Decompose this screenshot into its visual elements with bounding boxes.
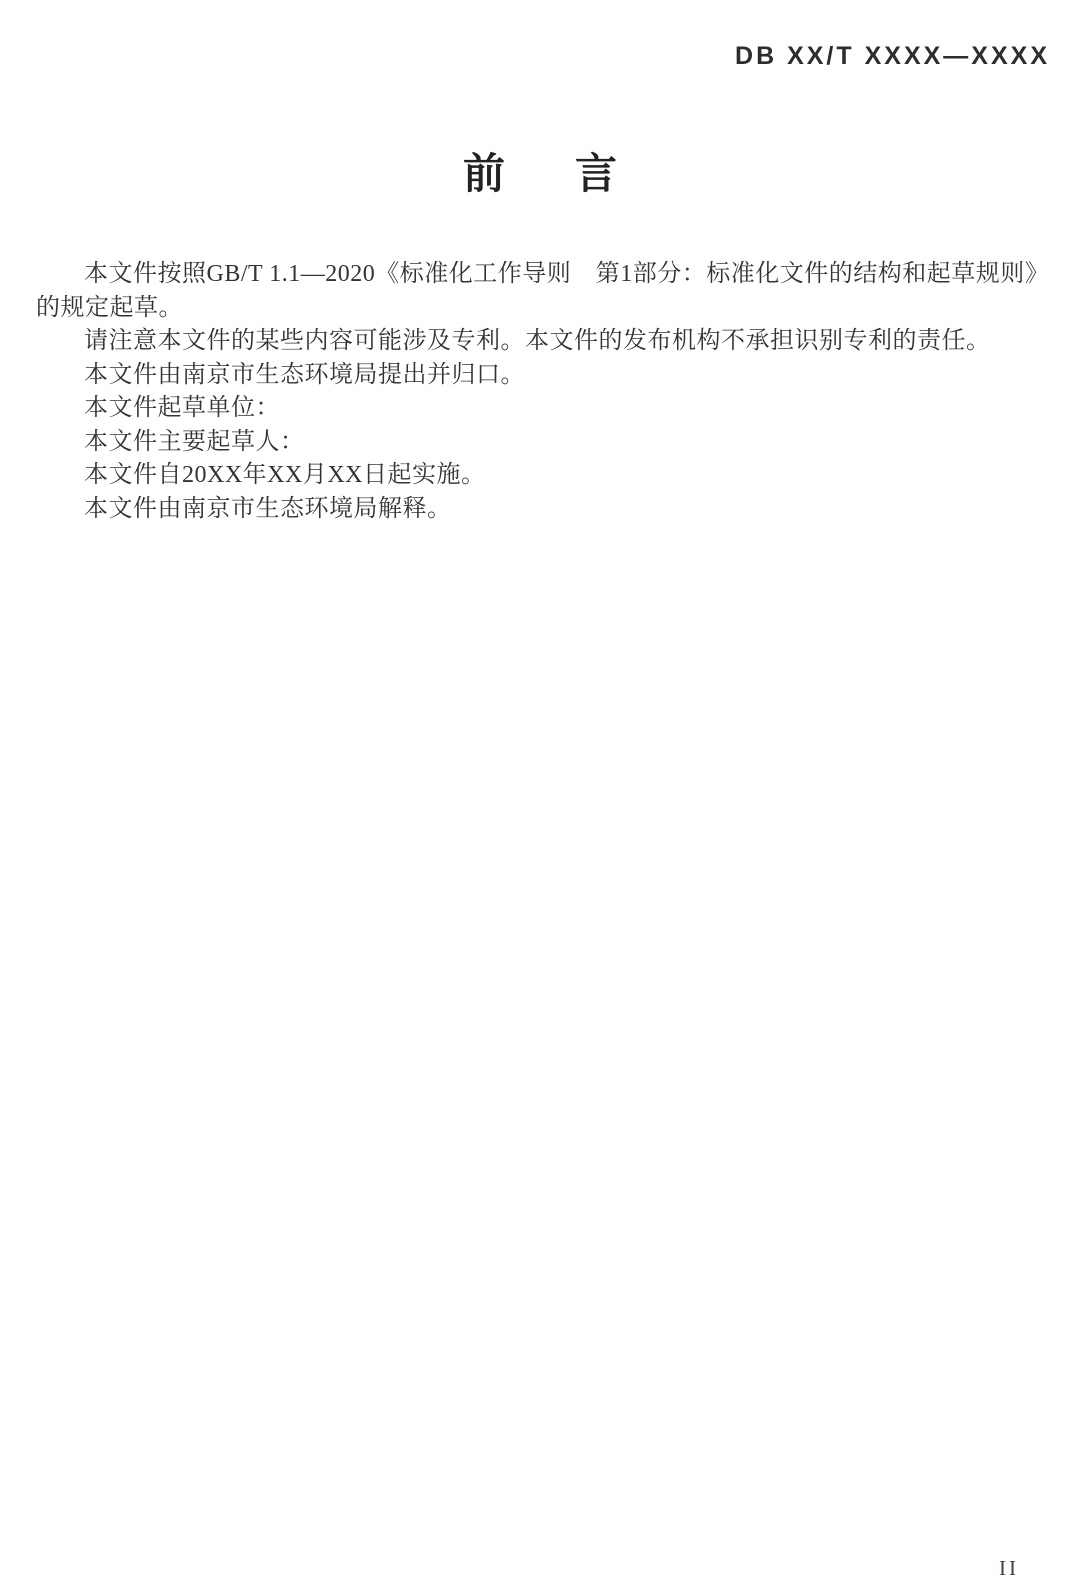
standard-code-header: DB XX/T XXXX—XXXX (735, 42, 1050, 71)
document-page: DB XX/T XXXX—XXXX 前 言 本文件按照GB/T 1.1—2020… (0, 0, 1080, 1595)
paragraph-interpreted-by: 本文件由南京市生态环境局解释。 (36, 493, 1044, 527)
paragraph-implementation-date: 本文件自20XX年XX月XX日起实施。 (36, 459, 1044, 493)
title-char-yan: 言 (575, 150, 617, 198)
page-number: II (999, 1556, 1019, 1581)
foreword-body: 本文件按照GB/T 1.1—2020《标准化工作导则 第1部分：标准化文件的结构… (36, 258, 1044, 526)
paragraph-proposed-by: 本文件由南京市生态环境局提出并归口。 (36, 359, 1044, 393)
paragraph-patent-notice: 请注意本文件的某些内容可能涉及专利。本文件的发布机构不承担识别专利的责任。 (36, 325, 1044, 359)
paragraph-main-drafters: 本文件主要起草人： (36, 426, 1044, 460)
page-title: 前 言 (0, 150, 1080, 198)
title-char-qian: 前 (463, 150, 505, 198)
paragraph-drafting-unit: 本文件起草单位： (36, 392, 1044, 426)
paragraph-drafting-rules: 本文件按照GB/T 1.1—2020《标准化工作导则 第1部分：标准化文件的结构… (36, 258, 1044, 325)
